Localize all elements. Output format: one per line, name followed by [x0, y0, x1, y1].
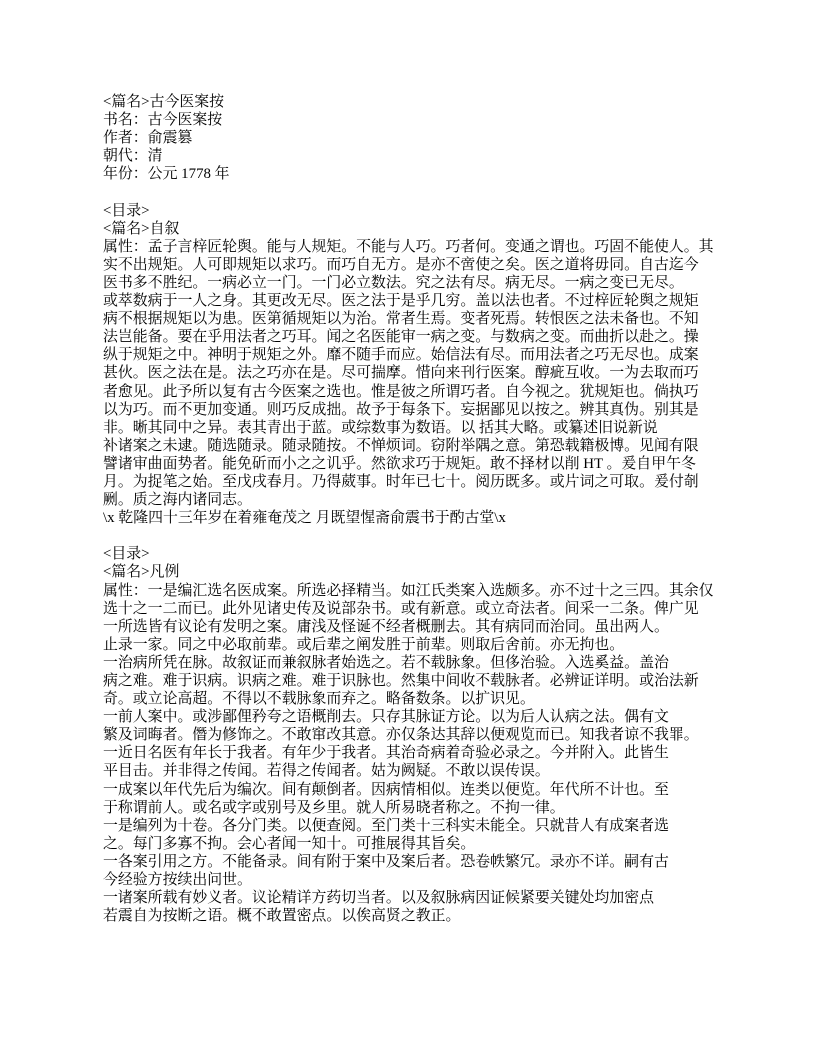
text-line: 医书多不胜纪。一病必立一门。一门必立数法。究之法有尽。病无尽。一病之变已无尽。	[103, 274, 743, 292]
text-line: 补诸案之未逮。随选随录。随录随按。不惮烦词。窃附举隅之意。第恐载籍极博。见闻有限	[103, 437, 743, 455]
text-line: 纵于规矩之中。神明于规矩之外。靡不随手而应。始信法有尽。而用法者之巧无尽也。成案	[103, 346, 743, 364]
text-line: 属性：孟子言梓匠轮舆。能与人规矩。不能与人巧。巧者何。变通之谓也。巧固不能使人。…	[103, 238, 743, 256]
text-line: 书名：古今医案按	[103, 111, 743, 129]
text-line: <篇名>凡例	[103, 563, 743, 581]
document-text: <篇名>古今医案按书名：古今医案按作者：俞震篡朝代：清年份：公元 1778 年 …	[103, 93, 743, 925]
text-line: 一所选皆有议论有发明之案。庸浅及怪诞不经者概删去。其有病同而治同。虽出两人。	[103, 618, 743, 636]
text-line: 于称谓前人。或名或字或别号及乡里。就人所易晓者称之。不拘一律。	[103, 799, 743, 817]
text-line: 平目击。并非得之传闻。若得之传闻者。姑为阙疑。不敢以误传误。	[103, 762, 743, 780]
text-line: 月。为捉笔之始。至戊戌春月。乃得葳事。时年已七十。阅历既多。或片词之可取。爰付剞	[103, 473, 743, 491]
text-line: 一是编列为十卷。各分门类。以便查阅。至门类十三科实未能全。只就昔人有成案者选	[103, 817, 743, 835]
text-line: 属性：一是编汇选名医成案。所选必择精当。如江氏类案入选颇多。亦不过十之三四。其余…	[103, 582, 743, 600]
text-line: 奇。或立论高超。不得以不载脉象而弃之。略备数条。以扩识见。	[103, 690, 743, 708]
document-page: <篇名>古今医案按书名：古今医案按作者：俞震篡朝代：清年份：公元 1778 年 …	[0, 0, 816, 1056]
text-line: \x 乾隆四十三年岁在着雍奄茂之 月既望惺斋俞震书于酌古堂\x	[103, 509, 743, 527]
text-line: 之。每门多寡不拘。会心者闻一知十。可推展得其旨矣。	[103, 835, 743, 853]
text-line: 一成案以年代先后为编次。间有颠倒者。因病情相似。连类以便览。年代所不计也。至	[103, 781, 743, 799]
text-line: 若震自为按断之语。概不敢置密点。以俟高贤之教正。	[103, 907, 743, 925]
text-line: <目录>	[103, 545, 743, 563]
text-line: <篇名>自叙	[103, 220, 743, 238]
text-line: <目录>	[103, 202, 743, 220]
text-line: 止录一家。同之中必取前辈。或后辈之阐发胜于前辈。则取后舍前。亦无拘也。	[103, 636, 743, 654]
text-line: 今经验方按续出问世。	[103, 871, 743, 889]
text-line: 非。晰其同中之异。表其青出于蓝。或综数事为数语。以 括其大略。或纂述旧说新说	[103, 419, 743, 437]
text-line: 朝代：清	[103, 147, 743, 165]
text-line: 实不出规矩。人可即规矩以求巧。而巧自无方。是亦不啻使之矣。医之道将毋同。自古迄今	[103, 256, 743, 274]
text-line: 一治病所凭在脉。故叙证而兼叙脉者始选之。若不载脉象。但侈治验。入选奚益。盖治	[103, 654, 743, 672]
text-line: 一近日名医有年长于我者。有年少于我者。其治奇病着奇验必录之。今并附入。此皆生	[103, 744, 743, 762]
text-line: 劂。质之海内诸同志。	[103, 491, 743, 509]
text-line: 一诸案所载有妙义者。议论精详方药切当者。以及叙脉病因证候紧要关键处均加密点	[103, 889, 743, 907]
text-line: 譬诸审曲面势者。能免斫而小之之讥乎。然欲求巧于规矩。敢不择材以削 HT 。爰自甲…	[103, 455, 743, 473]
text-line: 选十之一二而已。此外见诸史传及说部杂书。或有新意。或立奇法者。间采一二条。俾广见	[103, 600, 743, 618]
text-line: 一各案引用之方。不能备录。间有附于案中及案后者。恐卷帙繁冗。录亦不详。嗣有古	[103, 853, 743, 871]
text-line: 一前人案中。或涉鄙俚矜夸之语概削去。只存其脉证方论。以为后人认病之法。偶有文	[103, 708, 743, 726]
text-line: <篇名>古今医案按	[103, 93, 743, 111]
text-line: 者愈见。此予所以复有古今医案之选也。惟是彼之所谓巧者。自今视之。犹规矩也。倘执巧	[103, 383, 743, 401]
text-line: 病之难。难于识病。识病之难。难于识脉也。然集中间收不载脉者。必辨证详明。或治法新	[103, 672, 743, 690]
text-line: 年份：公元 1778 年	[103, 165, 743, 183]
text-line: 以为巧。而不更加变通。则巧反成拙。故予于每条下。妄据鄙见以按之。辨其真伪。别其是	[103, 401, 743, 419]
text-line: 或萃数病于一人之身。其更改无尽。医之法于是乎几穷。盖以法也者。不过梓匠轮舆之规矩	[103, 292, 743, 310]
text-line: 繁及词晦者。僭为修饰之。不敢窜改其意。亦仅条达其辞以便观览而已。知我者谅不我罪。	[103, 726, 743, 744]
text-line: 病不根据规矩以为患。医第循规矩以为治。常者生焉。变者死焉。转恨医之法未备也。不知	[103, 310, 743, 328]
blank-line	[103, 527, 743, 545]
text-line: 甚伙。医之法在是。法之巧亦在是。尽可揣摩。惜向来刊行医案。醇疵互收。一为去取而巧	[103, 364, 743, 382]
blank-line	[103, 183, 743, 201]
text-line: 法岂能备。要在乎用法者之巧耳。闻之名医能审一病之变。与数病之变。而曲折以赴之。操	[103, 328, 743, 346]
text-line: 作者：俞震篡	[103, 129, 743, 147]
